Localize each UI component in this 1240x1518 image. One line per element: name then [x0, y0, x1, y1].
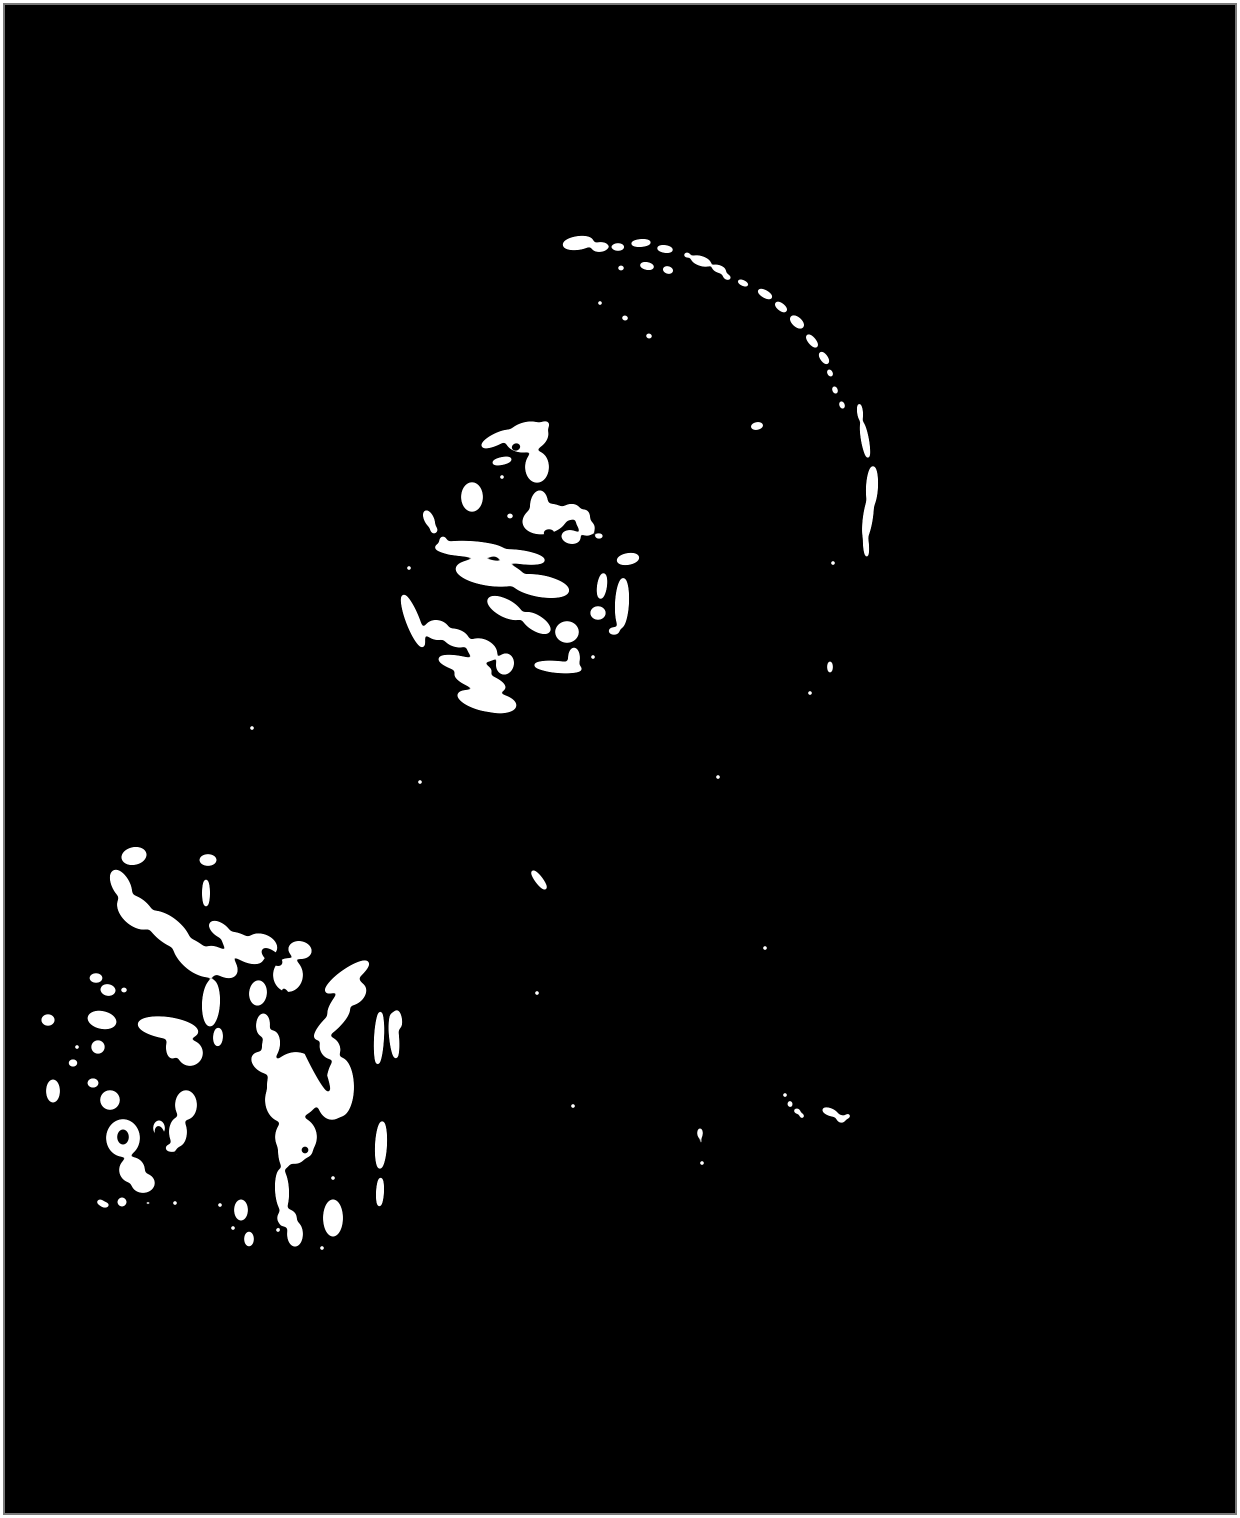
white-blob	[787, 1100, 793, 1108]
white-blob	[89, 973, 103, 983]
white-blob	[169, 1117, 187, 1147]
white-blob	[534, 990, 540, 996]
white-blob	[830, 560, 836, 566]
white-blob	[715, 774, 721, 780]
white-blob	[590, 654, 596, 660]
white-blob	[199, 854, 217, 866]
white-blob	[499, 474, 505, 480]
white-blob	[275, 1227, 281, 1233]
black-hole	[301, 1146, 309, 1154]
white-blob	[165, 1144, 177, 1152]
white-blob	[323, 1199, 343, 1237]
white-blob	[617, 265, 625, 271]
white-blob	[683, 252, 691, 258]
white-blob	[87, 1078, 99, 1088]
white-blob	[74, 1044, 80, 1050]
white-blob	[762, 945, 768, 951]
white-blob	[793, 1108, 801, 1114]
white-blob	[439, 536, 447, 544]
white-blob	[175, 1090, 197, 1120]
photo-background	[5, 5, 1235, 1513]
white-blob	[807, 690, 813, 696]
binarized-photo	[0, 0, 1240, 1518]
white-blob	[202, 878, 210, 908]
white-blob	[172, 1200, 178, 1206]
black-hole	[117, 1129, 129, 1145]
white-blob	[699, 1160, 705, 1166]
screenshot-root	[0, 0, 1240, 1518]
white-blob	[234, 1199, 248, 1221]
white-blob	[611, 243, 625, 251]
white-blob	[319, 1245, 325, 1251]
white-blob	[506, 513, 514, 519]
white-blob	[827, 660, 833, 674]
white-blob	[446, 547, 454, 555]
white-blob	[430, 526, 438, 534]
white-blob	[117, 1197, 127, 1207]
white-blob	[96, 1199, 104, 1205]
white-blob	[217, 1202, 223, 1208]
white-blob	[120, 987, 128, 993]
white-blob	[144, 1201, 152, 1205]
white-blob	[174, 1153, 180, 1157]
white-blob	[100, 1090, 120, 1110]
white-blob	[131, 1173, 155, 1193]
white-blob	[597, 300, 603, 306]
white-blob	[330, 1175, 336, 1181]
white-blob	[406, 565, 412, 571]
white-blob	[230, 1225, 236, 1231]
white-blob	[525, 451, 549, 483]
white-blob	[845, 1113, 851, 1119]
black-hole	[543, 529, 555, 537]
white-blob	[570, 1103, 576, 1109]
white-blob	[244, 1231, 254, 1247]
black-hole	[517, 477, 531, 489]
white-blob	[461, 482, 483, 512]
white-blob	[91, 1040, 105, 1054]
white-blob	[417, 779, 423, 785]
white-blob	[782, 1092, 788, 1098]
white-blob	[265, 1078, 299, 1122]
white-blob	[287, 1221, 303, 1247]
white-blob	[699, 1139, 703, 1145]
white-blob	[590, 606, 606, 620]
white-blob	[594, 533, 604, 539]
white-blob	[555, 621, 579, 643]
white-blob	[68, 1059, 78, 1067]
white-blob	[317, 1080, 347, 1120]
white-blob	[799, 1113, 805, 1119]
white-blob	[46, 1079, 60, 1103]
white-blob	[608, 627, 620, 635]
white-blob	[41, 1014, 55, 1026]
white-blob	[697, 1127, 703, 1139]
white-blob	[249, 725, 255, 731]
